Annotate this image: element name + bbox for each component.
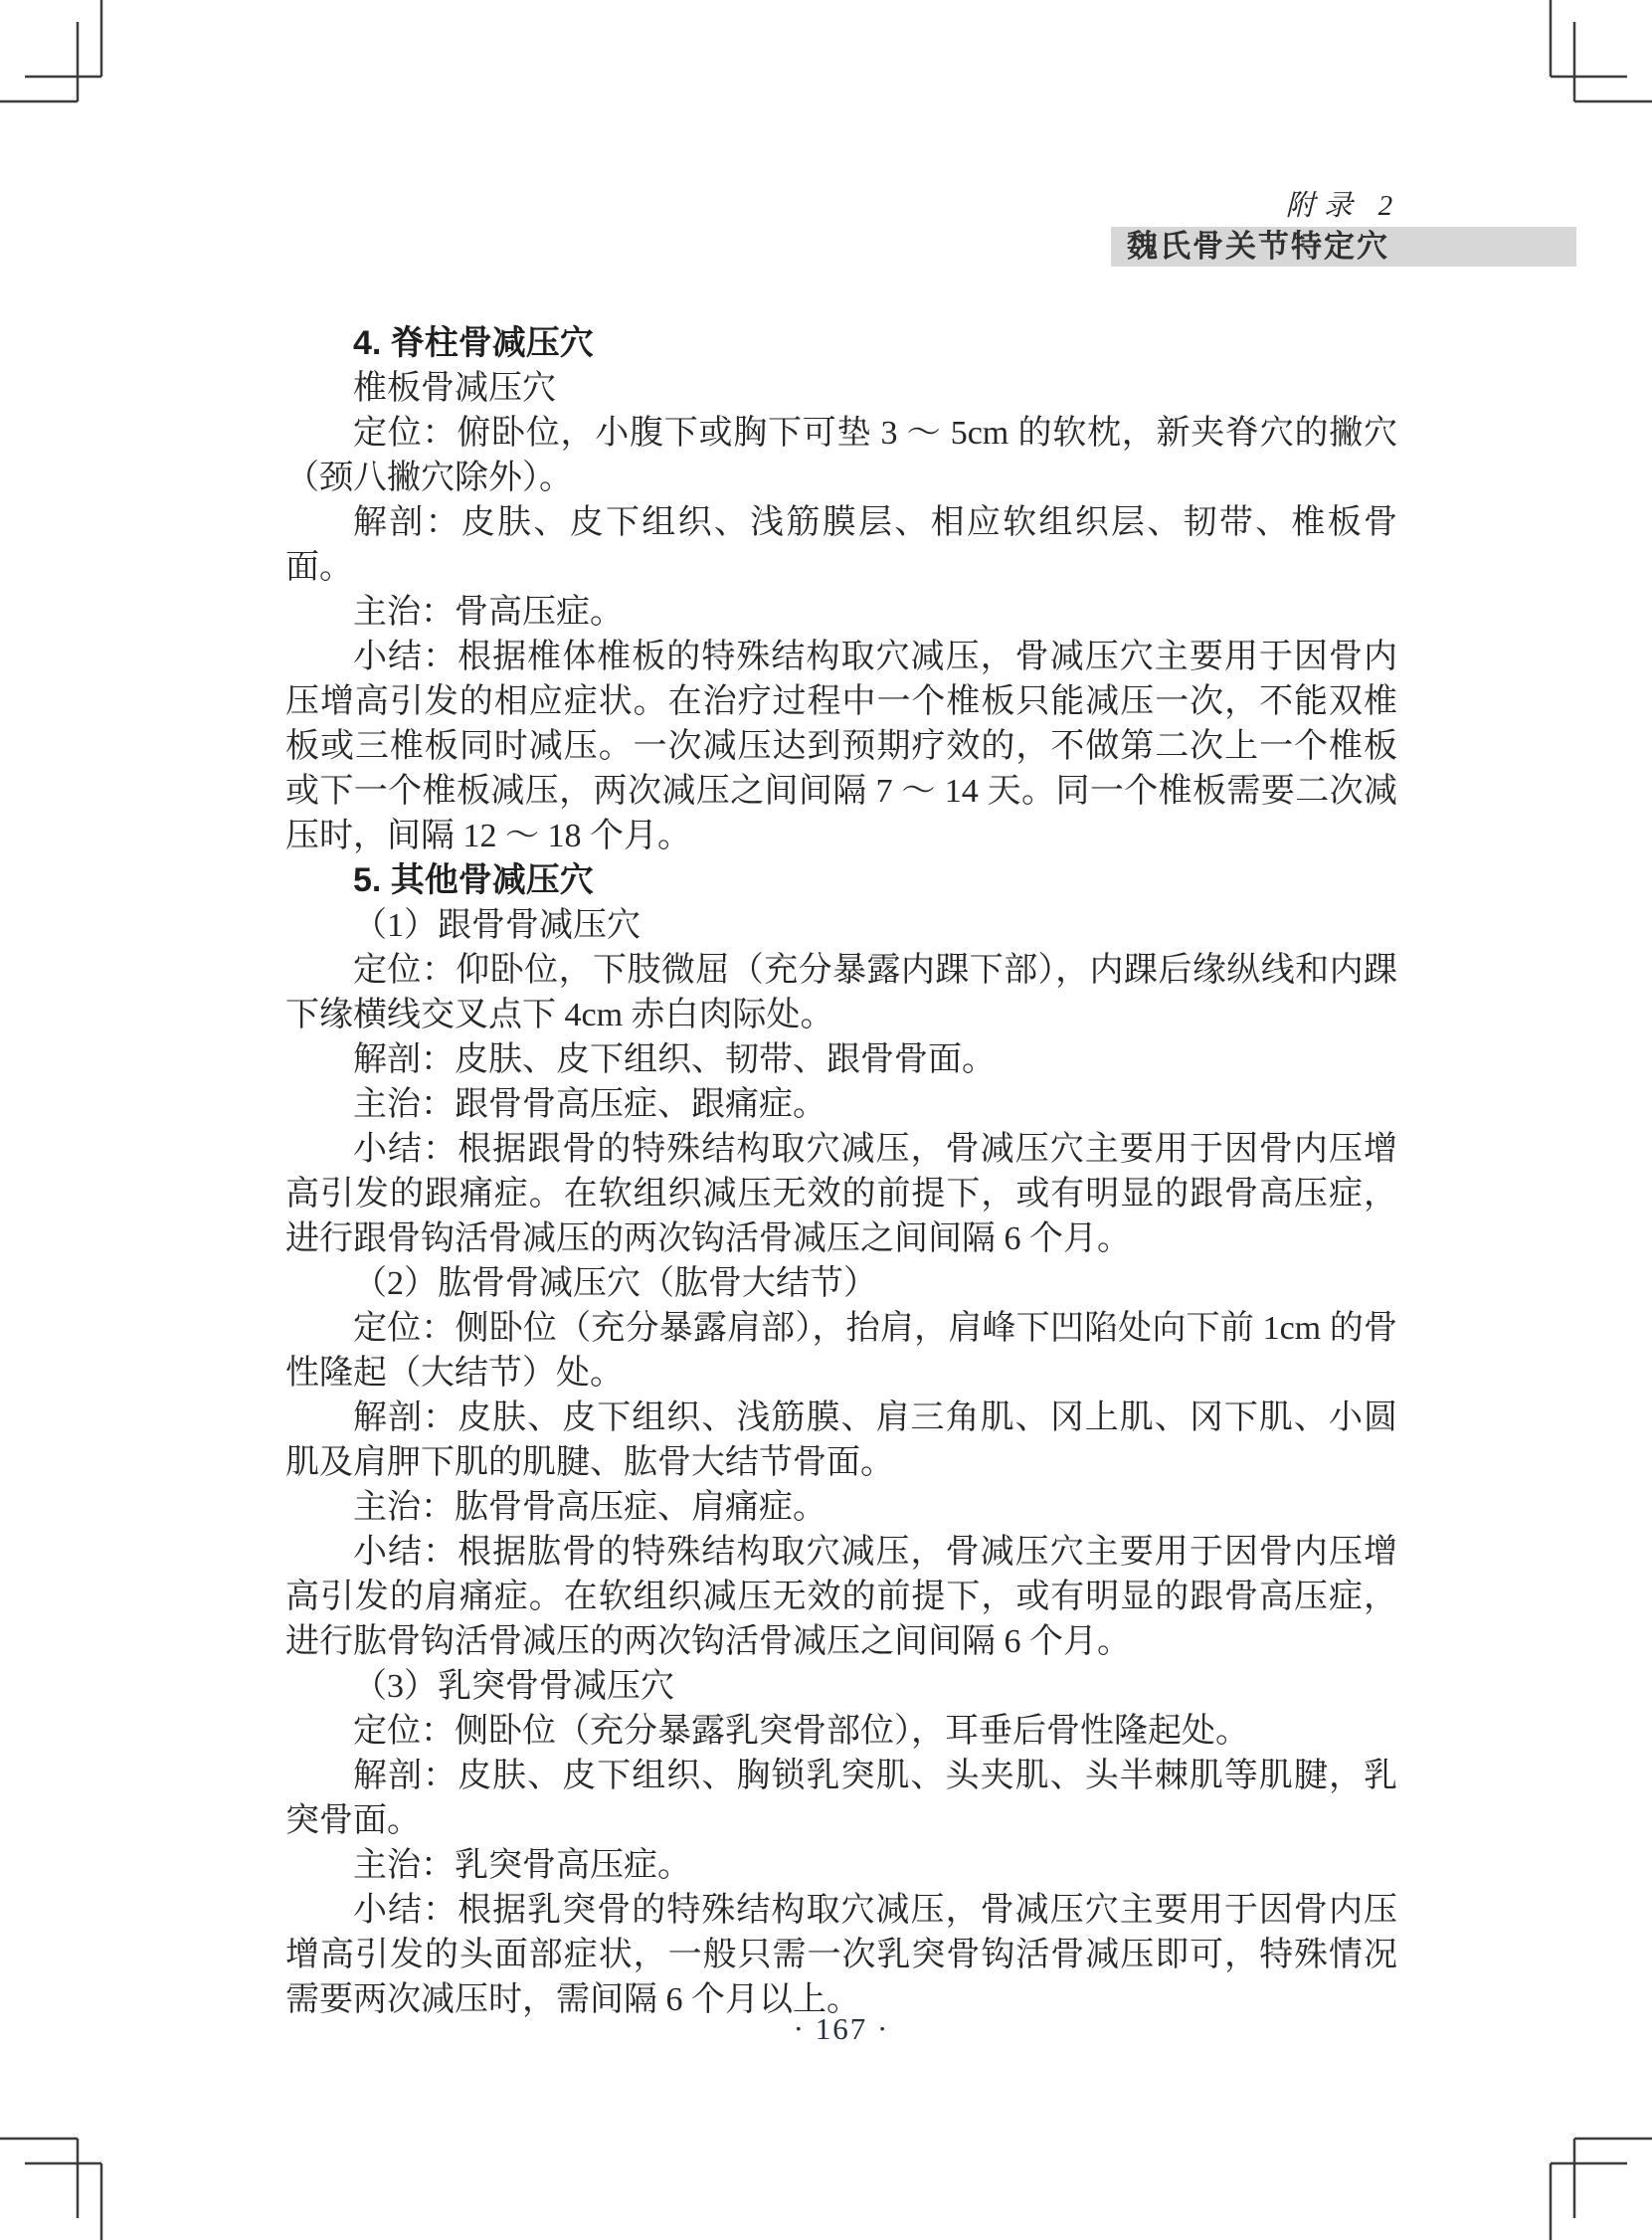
book-page: 附录 2 魏氏骨关节特定穴 4. 脊柱骨减压穴椎板骨减压穴定位：俯卧位，小腹下或…	[0, 0, 1652, 2240]
paragraph: 定位：俯卧位，小腹下或胸下可垫 3 ～ 5cm 的软枕，新夹脊穴的撇穴（颈八撇穴…	[285, 411, 1397, 500]
paragraph: （3）乳突骨骨减压穴	[285, 1664, 1397, 1709]
chapter-title: 魏氏骨关节特定穴	[1127, 229, 1389, 264]
paragraph: 椎板骨减压穴	[285, 366, 1397, 411]
chapter-title-bar: 魏氏骨关节特定穴	[1111, 227, 1576, 267]
body-text: 4. 脊柱骨减压穴椎板骨减压穴定位：俯卧位，小腹下或胸下可垫 3 ～ 5cm 的…	[285, 321, 1397, 2022]
section-heading: 4. 脊柱骨减压穴	[285, 321, 1397, 366]
section-heading: 5. 其他骨减压穴	[285, 858, 1397, 903]
paragraph: 主治：乳突骨高压症。	[285, 1843, 1397, 1888]
paragraph: 定位：仰卧位，下肢微屈（充分暴露内踝下部），内踝后缘纵线和内踝下缘横线交叉点下 …	[285, 948, 1397, 1037]
paragraph: 解剖：皮肤、皮下组织、浅筋膜、肩三角肌、冈上肌、冈下肌、小圆肌及肩胛下肌的肌腱、…	[285, 1396, 1397, 1485]
paragraph: 解剖：皮肤、皮下组织、浅筋膜层、相应软组织层、韧带、椎板骨面。	[285, 500, 1397, 590]
paragraph: 小结：根据乳突骨的特殊结构取穴减压，骨减压穴主要用于因骨内压增高引发的头面部症状…	[285, 1888, 1397, 2022]
paragraph: 解剖：皮肤、皮下组织、胸锁乳突肌、头夹肌、头半棘肌等肌腱，乳突骨面。	[285, 1754, 1397, 1843]
paragraph: 小结：根据椎体椎板的特殊结构取穴减压，骨减压穴主要用于因骨内压增高引发的相应症状…	[285, 635, 1397, 858]
paragraph: 主治：肱骨骨高压症、肩痛症。	[285, 1485, 1397, 1530]
paragraph: 定位：侧卧位（充分暴露乳突骨部位），耳垂后骨性隆起处。	[285, 1709, 1397, 1754]
paragraph: 定位：侧卧位（充分暴露肩部），抬肩，肩峰下凹陷处向下前 1cm 的骨性隆起（大结…	[285, 1306, 1397, 1396]
appendix-label: 附录 2	[1111, 183, 1576, 224]
paragraph: 主治：骨高压症。	[285, 590, 1397, 635]
paragraph: 小结：根据跟骨的特殊结构取穴减压，骨减压穴主要用于因骨内压增高引发的跟痛症。在软…	[285, 1127, 1397, 1261]
paragraph: （1）跟骨骨减压穴	[285, 903, 1397, 948]
paragraph: 解剖：皮肤、皮下组织、韧带、跟骨骨面。	[285, 1037, 1397, 1082]
paragraph: 小结：根据肱骨的特殊结构取穴减压，骨减压穴主要用于因骨内压增高引发的肩痛症。在软…	[285, 1530, 1397, 1664]
paragraph: 主治：跟骨骨高压症、跟痛症。	[285, 1082, 1397, 1127]
page-number: · 167 ·	[285, 2011, 1397, 2047]
paragraph: （2）肱骨骨减压穴（肱骨大结节）	[285, 1261, 1397, 1306]
